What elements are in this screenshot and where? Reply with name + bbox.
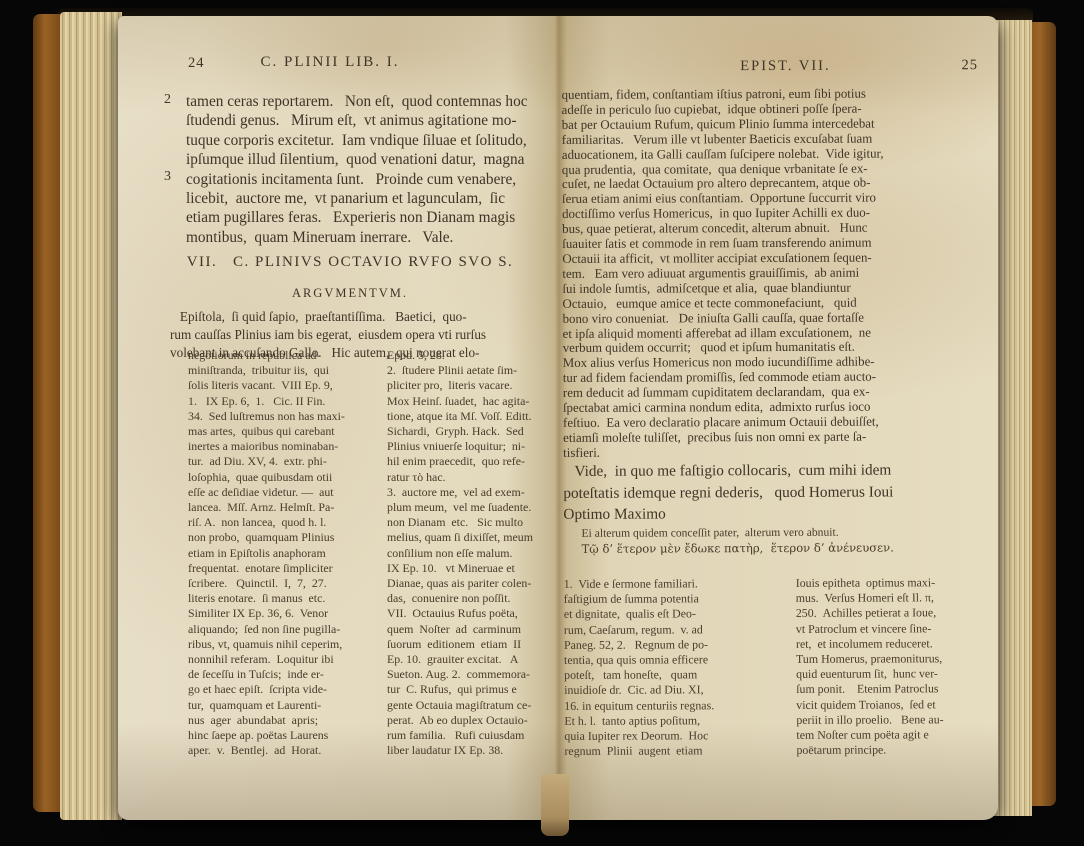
left-page: 24 C. PLINII LIB. I. 2 3 tamen ceras rep… — [150, 40, 550, 800]
left-page-block-edges — [60, 12, 122, 820]
right-commentary-column-1: 1. Vide e ſermone familiari. faſtigium d… — [564, 576, 715, 759]
epistle-vii-opening-text: Vide, in quo me faſtigio collocaris, cum… — [563, 459, 893, 525]
book-photograph: 24 C. PLINII LIB. I. 2 3 tamen ceras rep… — [0, 0, 1084, 846]
left-commentary-column-2: Epod. 5, 28. 2. ſtudere Plinii aetate ſi… — [387, 348, 533, 758]
right-commentary-column-2: Iouis epitheta optimus maxi- mus. Verſus… — [796, 575, 944, 758]
right-running-title: EPIST. VII. — [740, 58, 830, 75]
left-running-title: C. PLINII LIB. I. — [261, 54, 400, 71]
argumentum-continuation-text: quentiam, fidem, conſtantiam iſtius patr… — [562, 87, 885, 461]
margin-section-number-2: 2 — [164, 92, 171, 108]
argumentum-heading: ARGVMENTVM. — [292, 286, 408, 301]
epistle-vii-heading: VII. C. PLINIVS OCTAVIO RVFO SVO S. — [187, 254, 514, 271]
left-cover-leather — [33, 14, 60, 812]
margin-section-number-3: 3 — [164, 169, 171, 185]
right-page: EPIST. VII. 25 quentiam, fidem, conſtant… — [553, 39, 1001, 801]
homer-quote-latin: Ei alterum quidem conceſſit pater, alter… — [581, 526, 838, 542]
left-page-number: 24 — [188, 55, 205, 72]
epistle-vi-closing-text: tamen ceras reportarem. Non eſt, quod co… — [186, 92, 528, 247]
left-commentary-column-1: negotiorum in republica ad- miniſtranda,… — [188, 348, 345, 758]
right-cover-leather — [1029, 22, 1056, 806]
right-page-number: 25 — [961, 57, 978, 74]
homer-quote-greek: Τῷ δ’ ἕτερον μὲν ἔδωκε πατὴρ, ἕτερον δ’ … — [582, 540, 894, 556]
